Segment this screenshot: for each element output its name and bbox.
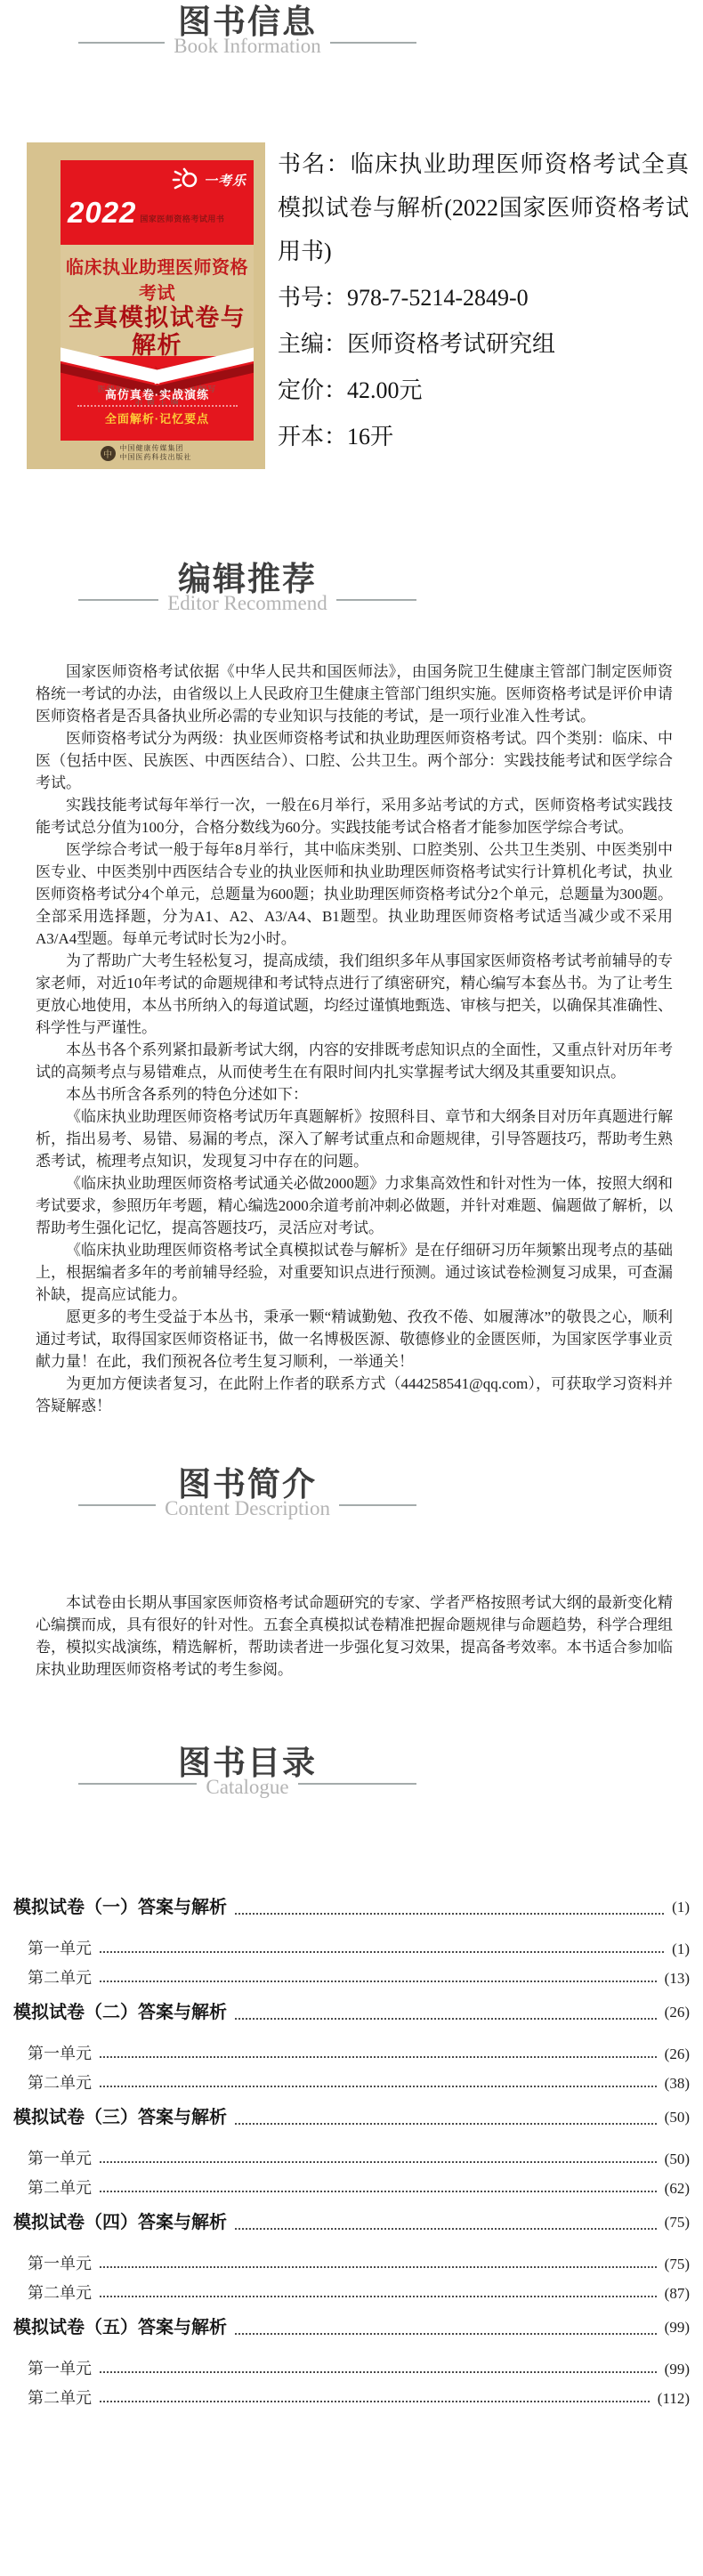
product-detail-page: 图书信息 Book Information 一考乐: [0, 0, 703, 2576]
section-header-editor-recommend: 编辑推荐 Editor Recommend: [78, 559, 416, 615]
paragraph: 医学综合考试一般于每年8月举行，其中临床类别、口腔类别、公共卫生类别、中医类别中…: [36, 838, 673, 950]
divider-line: [78, 42, 165, 44]
paragraph: 《临床执业助理医师资格考试通关必做2000题》力求集高效性和针对性为一体，按照大…: [36, 1172, 673, 1239]
dot-leader: [100, 1981, 657, 1982]
cover-slogan-2: 全面解析·记忆要点: [61, 409, 254, 426]
section-subtitle-row: Book Information: [78, 35, 416, 58]
toc-entry-unit: 第一单元(99): [13, 2361, 690, 2378]
content-description-text: 本试卷由长期从事国家医师资格考试命题研究的专家、学者严格按照考试大纲的最新变化精…: [36, 1592, 673, 1681]
paragraph: 国家医师资格考试依据《中华人民共和国医师法》，由国务院卫生健康主管部门制定医师资…: [36, 660, 673, 727]
toc-entry-unit: 第一单元(75): [13, 2256, 690, 2272]
dot-leader: [100, 2056, 657, 2058]
publisher-line1: 中国健康传媒集团: [120, 444, 192, 453]
dot-leader: [235, 2228, 657, 2230]
divider-line: [330, 42, 416, 44]
dot-leader: [235, 2018, 657, 2020]
publisher-names: 中国健康传媒集团 中国医药科技出版社: [120, 444, 192, 462]
toc-entry-unit: 第二单元(112): [13, 2390, 690, 2407]
dot-leader: [100, 2371, 657, 2373]
dot-leader: [235, 1913, 664, 1915]
detail-row-format: 开本：16开: [278, 415, 689, 458]
cover-year-row: 2022 国家医师资格考试用书: [68, 198, 224, 227]
book-details: 书名：临床执业助理医师资格考试全真模拟试卷与解析(2022国家医师资格考试用书)…: [278, 142, 689, 461]
divider-line: [339, 1504, 416, 1506]
dot-leader: [100, 2086, 657, 2087]
divider-line: [78, 1783, 197, 1785]
dot-leader: [235, 2123, 657, 2125]
toc-entry-unit: 第二单元(87): [13, 2285, 690, 2302]
toc-entry-unit: 第二单元(62): [13, 2180, 690, 2197]
detail-row-editor: 主编：医师资格考试研究组: [278, 322, 689, 366]
divider-line: [78, 599, 158, 601]
publisher-strip: 中 中国健康传媒集团 中国医药科技出版社: [27, 441, 265, 466]
cover-slogan-1: 高仿真卷·实战演练: [61, 385, 254, 402]
paragraph: 《临床执业助理医师资格考试全真模拟试卷与解析》是在仔细研习历年频繁出现考点的基础…: [36, 1239, 673, 1306]
detail-row-isbn: 书号：978-7-5214-2849-0: [278, 276, 689, 320]
dot-leader: [235, 2333, 657, 2335]
cover-year: 2022: [68, 198, 136, 227]
toc-entry-unit: 第一单元(50): [13, 2151, 690, 2167]
cover-series-note: 国家医师资格考试用书: [140, 213, 224, 224]
toc-entry-unit: 第一单元(26): [13, 2045, 690, 2062]
dot-leader: [100, 2266, 657, 2268]
dot-leader: [100, 2401, 650, 2402]
section-subtitle: Editor Recommend: [158, 592, 336, 615]
section-subtitle: Catalogue: [197, 1776, 297, 1799]
dotted-divider: [77, 405, 238, 407]
toc-entry-paper3: 模拟试卷（三）答案与解析(50): [13, 2106, 690, 2129]
dot-leader: [100, 1951, 664, 1953]
section-subtitle-row: Content Description: [78, 1497, 416, 1520]
section-subtitle-row: Editor Recommend: [78, 592, 416, 615]
toc-entry-paper1: 模拟试卷（一）答案与解析(1): [13, 1896, 690, 1919]
publisher-logo-icon: 中: [101, 446, 116, 461]
detail-row-title: 书名：临床执业助理医师资格考试全真模拟试卷与解析(2022国家医师资格考试用书): [278, 142, 689, 273]
toc-entry-unit: 第二单元(38): [13, 2075, 690, 2092]
paragraph: 为了帮助广大考生轻松复习，提高成绩，我们组织多年从事国家医师资格考试考前辅导的专…: [36, 950, 673, 1039]
paragraph: 实践技能考试每年举行一次，一般在6月举行，采用多站考试的方式，医师资格考试实践技…: [36, 794, 673, 838]
publisher-line2: 中国医药科技出版社: [120, 453, 192, 462]
section-header-book-info: 图书信息 Book Information: [78, 2, 416, 58]
dot-leader: [100, 2191, 657, 2192]
paragraph: 《临床执业助理医师资格考试历年真题解析》按照科目、章节和大纲条目对历年真题进行解…: [36, 1106, 673, 1172]
paragraph: 为更加方便读者复习，在此附上作者的联系方式（444258541@qq.com），…: [36, 1373, 673, 1417]
paragraph: 医师资格考试分为两级：执业医师资格考试和执业助理医师资格考试。四个类别：临床、中…: [36, 727, 673, 794]
book-cover-image[interactable]: 一考乐 2022 国家医师资格考试用书 临床执业助理医师资格考试 全真模拟试卷与…: [27, 142, 265, 469]
catalogue-list: 模拟试卷（一）答案与解析(1) 第一单元(1) 第二单元(13) 模拟试卷（二）…: [13, 1896, 690, 2419]
cover-slogans: 高仿真卷·实战演练 全面解析·记忆要点: [61, 385, 254, 426]
section-header-catalogue: 图书目录 Catalogue: [78, 1743, 416, 1799]
cover-title-line1: 临床执业助理医师资格考试: [61, 253, 254, 304]
dot-leader: [100, 2296, 657, 2297]
section-subtitle: Content Description: [156, 1497, 339, 1520]
section-header-content-description: 图书简介 Content Description: [78, 1464, 416, 1520]
editor-recommend-text: 国家医师资格考试依据《中华人民共和国医师法》，由国务院卫生健康主管部门制定医师资…: [36, 660, 673, 1417]
toc-entry-unit: 第二单元(13): [13, 1970, 690, 1987]
brand-logo: 一考乐: [172, 166, 246, 193]
divider-line: [78, 1504, 156, 1506]
detail-row-price: 定价：42.00元: [278, 369, 689, 412]
divider-line: [298, 1783, 416, 1785]
paragraph: 本丛书各个系列紧扣最新考试大纲，内容的安排既考虑知识点的全面性，又重点针对历年考…: [36, 1039, 673, 1083]
toc-entry-paper2: 模拟试卷（二）答案与解析(26): [13, 2001, 690, 2024]
paragraph: 本丛书所含各系列的特色分述如下：: [36, 1083, 673, 1106]
divider-line: [336, 599, 416, 601]
paragraph: 本试卷由长期从事国家医师资格考试命题研究的专家、学者严格按照考试大纲的最新变化精…: [36, 1592, 673, 1681]
section-subtitle-row: Catalogue: [78, 1776, 416, 1799]
cover-red-panel: 一考乐 2022 国家医师资格考试用书 临床执业助理医师资格考试 全真模拟试卷与…: [61, 160, 254, 441]
paragraph: 愿更多的考生受益于本丛书，秉承一颗“精诚勤勉、孜孜不倦、如履薄冰”的敬畏之心，顺…: [36, 1306, 673, 1373]
dot-leader: [100, 2161, 657, 2163]
toc-entry-unit: 第一单元(1): [13, 1940, 690, 1957]
brand-logo-text: 一考乐: [204, 171, 246, 190]
section-subtitle: Book Information: [165, 35, 329, 58]
toc-entry-paper4: 模拟试卷（四）答案与解析(75): [13, 2211, 690, 2234]
sun-icon: [172, 166, 204, 193]
toc-entry-paper5: 模拟试卷（五）答案与解析(99): [13, 2316, 690, 2339]
